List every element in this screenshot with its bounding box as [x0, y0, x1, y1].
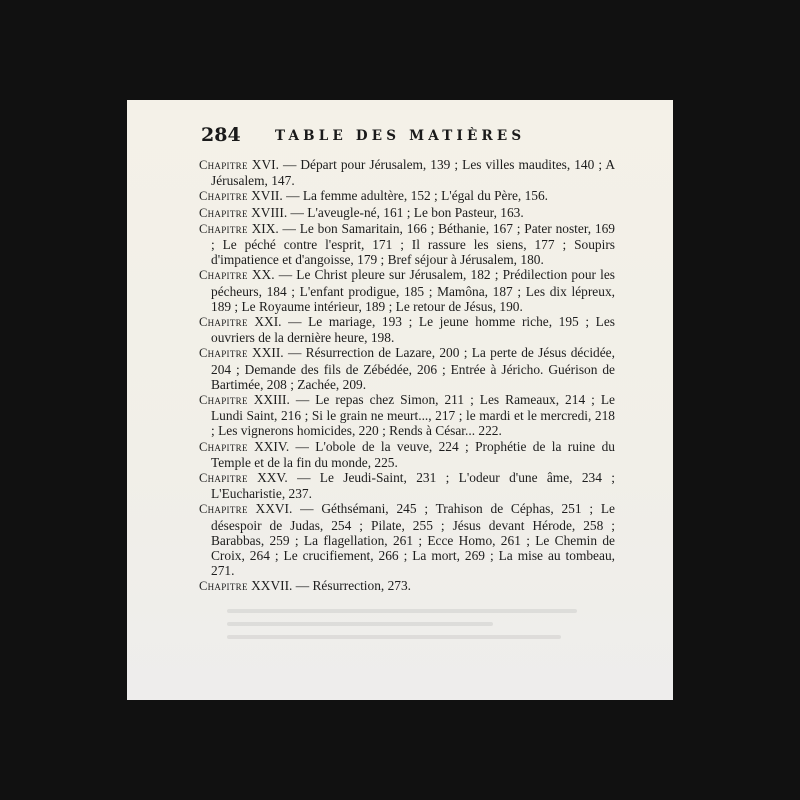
book-page: 284 TABLE DES MATIÈRES Chapitre XVI. — D…	[127, 100, 673, 700]
chapter-numeral: XIX.	[252, 221, 279, 236]
toc-entry: Chapitre XIX. — Le bon Samaritain, 166 ;…	[199, 221, 615, 268]
chapter-label: Chapitre	[199, 346, 248, 360]
toc-entry: Chapitre XVIII. — L'aveugle-né, 161 ; Le…	[199, 205, 615, 221]
toc-entry: Chapitre XXII. — Résurrection de Lazare,…	[199, 345, 615, 392]
show-through-text	[227, 600, 607, 680]
chapter-label: Chapitre	[199, 222, 248, 236]
chapter-numeral: XXIII.	[254, 392, 290, 407]
chapter-contents: — La femme adultère, 152 ; L'égal du Pèr…	[286, 188, 548, 203]
chapter-label: Chapitre	[199, 268, 248, 282]
page-number: 284	[201, 124, 241, 146]
chapter-numeral: XVI.	[252, 157, 279, 172]
page-header: 284 TABLE DES MATIÈRES	[201, 124, 601, 154]
chapter-numeral: XXI.	[254, 314, 281, 329]
toc-entry: Chapitre XXI. — Le mariage, 193 ; Le jeu…	[199, 314, 615, 345]
chapter-label: Chapitre	[199, 440, 248, 454]
toc-entry: Chapitre XX. — Le Christ pleure sur Jéru…	[199, 267, 615, 314]
toc-entry: Chapitre XVII. — La femme adultère, 152 …	[199, 188, 615, 204]
chapter-numeral: XVIII.	[251, 205, 287, 220]
toc-entry: Chapitre XVI. — Départ pour Jérusalem, 1…	[199, 157, 615, 188]
chapter-numeral: XXVII.	[251, 578, 292, 593]
chapter-label: Chapitre	[199, 206, 248, 220]
toc-entry: Chapitre XXVII. — Résurrection, 273.	[199, 578, 615, 594]
chapter-label: Chapitre	[199, 502, 248, 516]
chapter-numeral: XXII.	[252, 345, 284, 360]
chapter-label: Chapitre	[199, 189, 248, 203]
chapter-numeral: XXVI.	[256, 501, 293, 516]
chapter-label: Chapitre	[199, 579, 248, 593]
running-title: TABLE DES MATIÈRES	[275, 128, 525, 144]
chapter-numeral: XXV.	[257, 470, 288, 485]
toc-entry: Chapitre XXVI. — Géthsémani, 245 ; Trahi…	[199, 501, 615, 578]
chapter-numeral: XX.	[252, 267, 275, 282]
chapter-label: Chapitre	[199, 393, 248, 407]
table-of-contents: Chapitre XVI. — Départ pour Jérusalem, 1…	[199, 157, 615, 595]
chapter-numeral: XVII.	[251, 188, 283, 203]
toc-entry: Chapitre XXIV. — L'obole de la veuve, 22…	[199, 439, 615, 470]
chapter-label: Chapitre	[199, 471, 248, 485]
toc-entry: Chapitre XXIII. — Le repas chez Simon, 2…	[199, 392, 615, 439]
chapter-numeral: XXIV.	[254, 439, 289, 454]
chapter-label: Chapitre	[199, 158, 248, 172]
chapter-contents: — Résurrection, 273.	[296, 578, 411, 593]
chapter-contents: — L'aveugle-né, 161 ; Le bon Pasteur, 16…	[291, 205, 524, 220]
chapter-label: Chapitre	[199, 315, 248, 329]
toc-entry: Chapitre XXV. — Le Jeudi-Saint, 231 ; L'…	[199, 470, 615, 501]
